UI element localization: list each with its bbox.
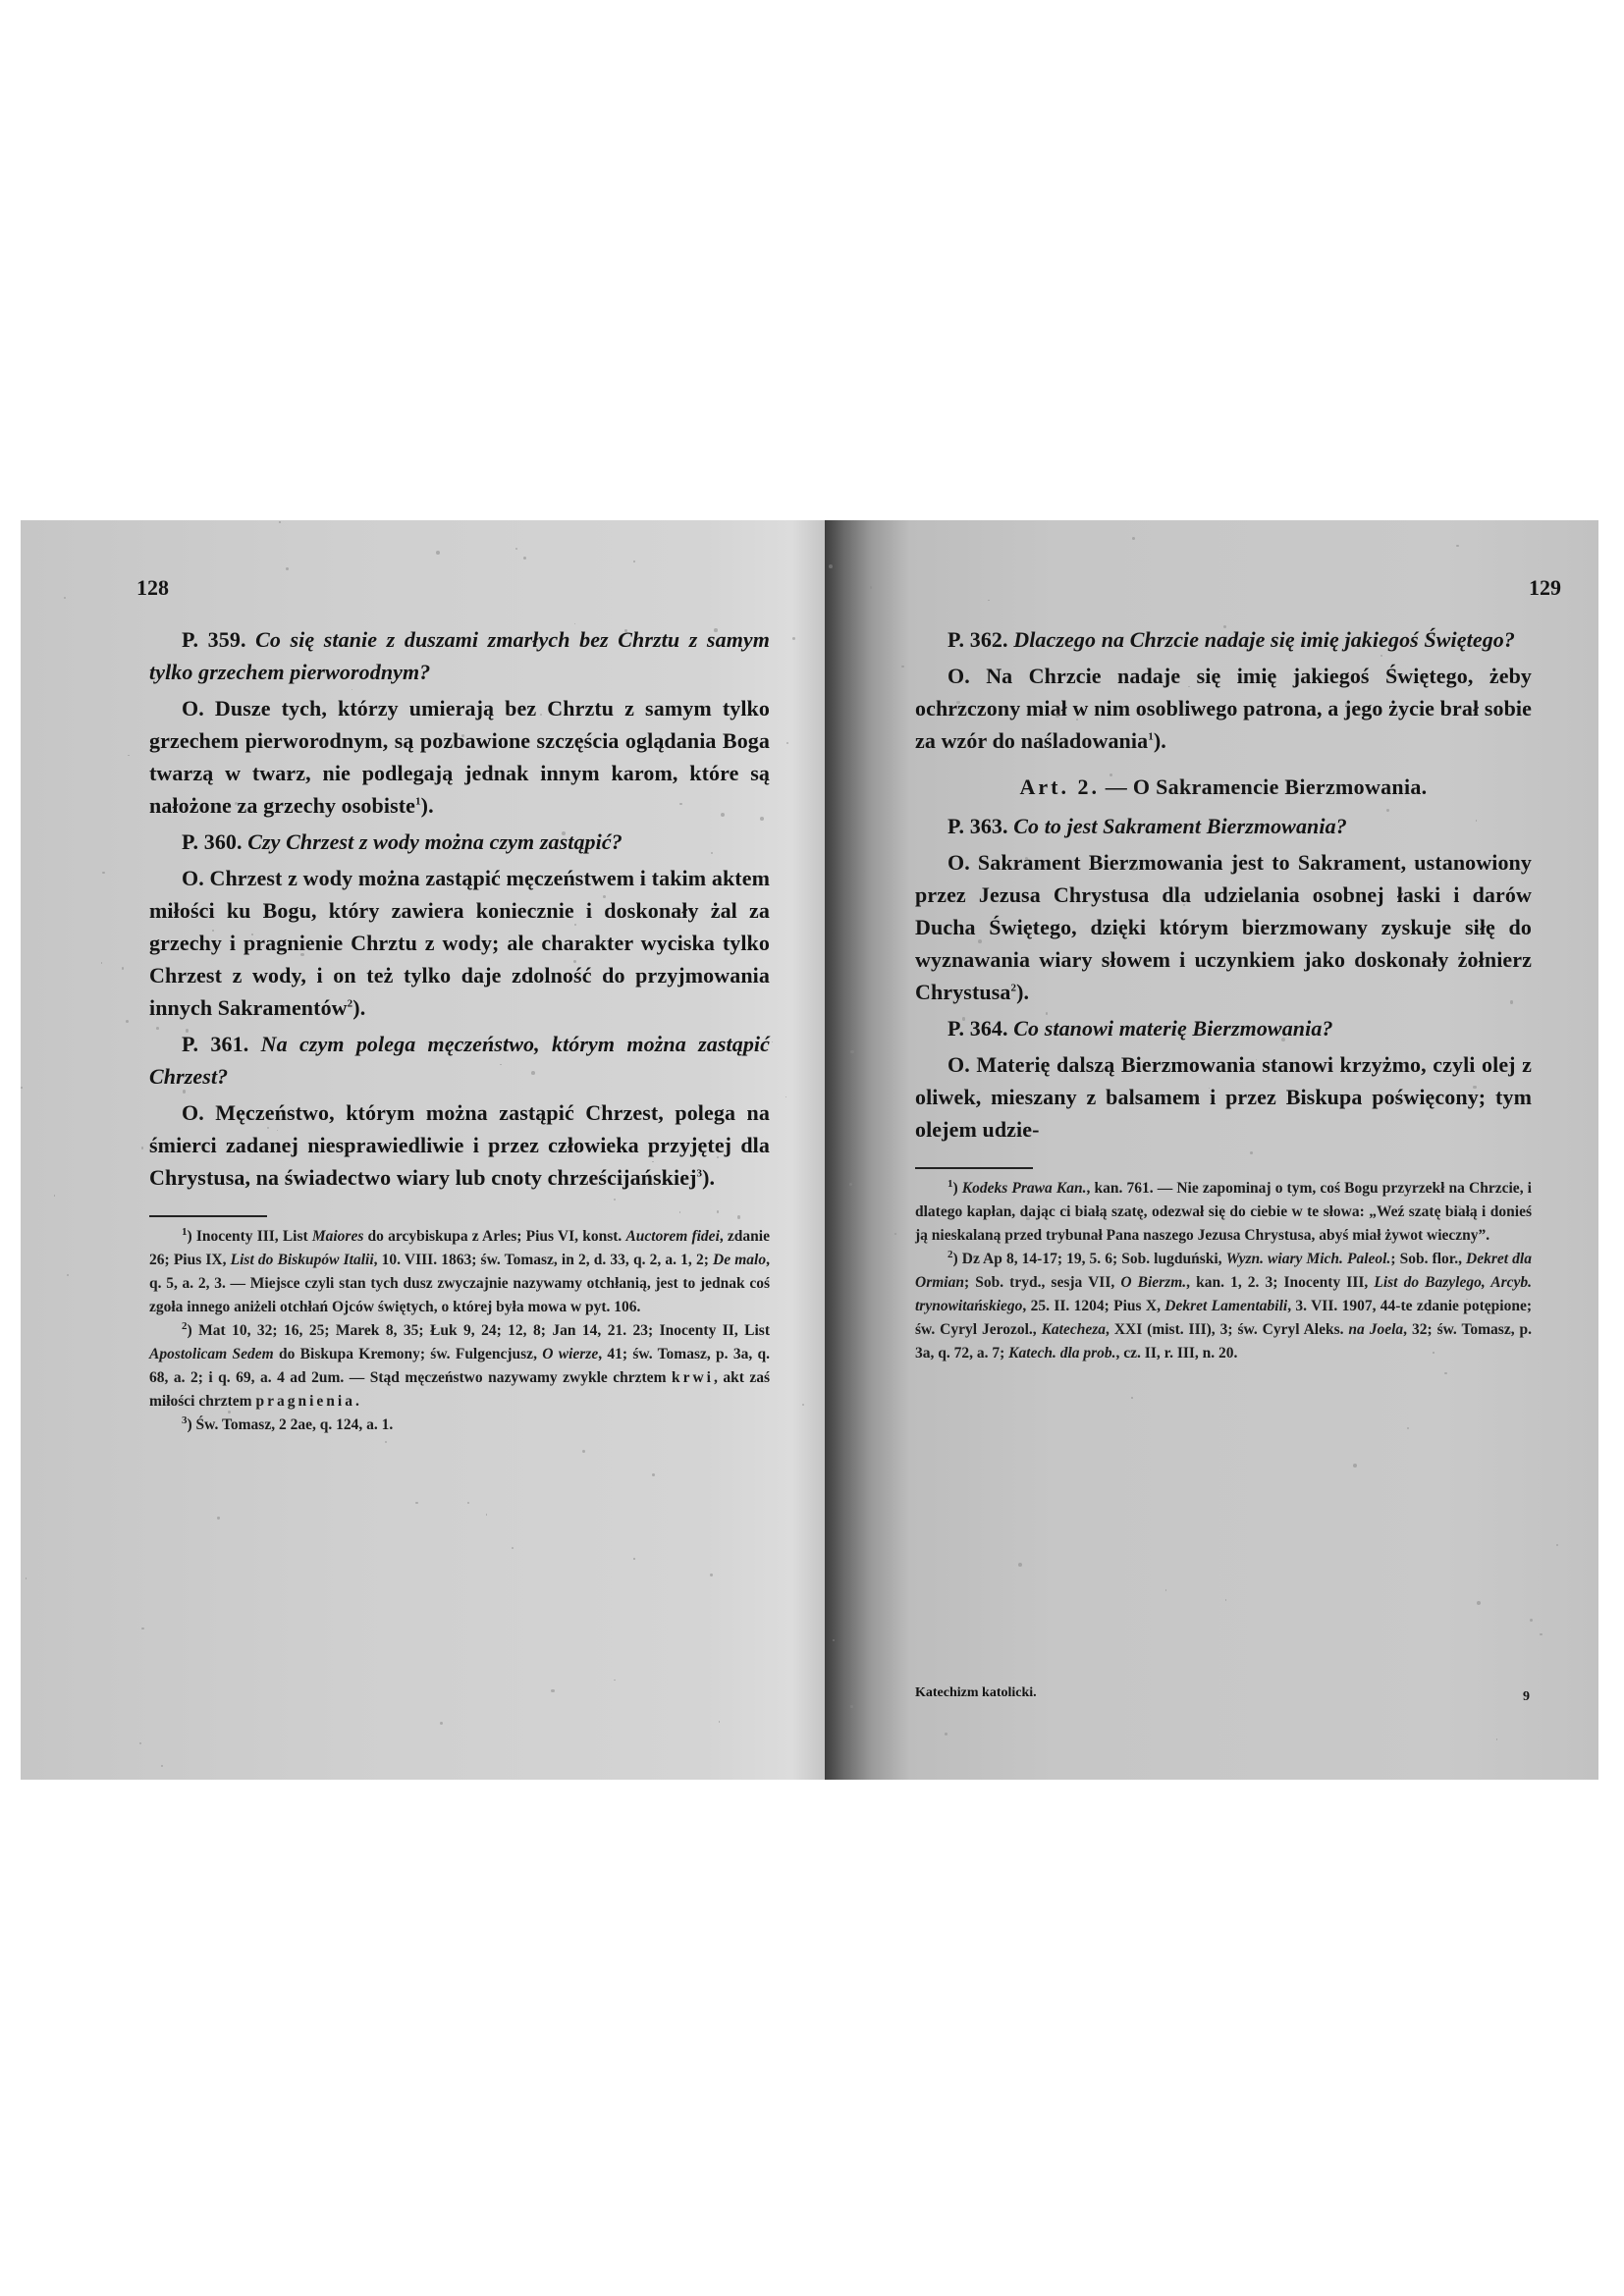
scan-speck — [385, 1441, 387, 1443]
footnote-paren: ) — [953, 1251, 962, 1267]
article-title: O Sakramencie Bierzmowania. — [1133, 774, 1428, 799]
footnote: 1) Kodeks Prawa Kan., kan. 761. — Nie za… — [915, 1177, 1532, 1248]
answer: O. Chrzest z wody można zastąpić męczeńs… — [149, 862, 770, 1024]
footnotes: 1) Kodeks Prawa Kan., kan. 761. — Nie za… — [915, 1177, 1532, 1365]
footnote-text: , kan. 1, 2. 3; Inocenty III, — [1186, 1274, 1374, 1291]
footnote-text: Katecheza — [1042, 1321, 1106, 1338]
footnote-text: List do Biskupów Italii — [231, 1252, 374, 1268]
answer-text: O. Męczeństwo, którym można zastąpić Chr… — [149, 1100, 770, 1190]
scan-speck — [64, 597, 66, 599]
scan-speck — [1132, 537, 1135, 540]
scan-speck — [850, 1705, 853, 1708]
footnote-text: Auctorem fidei — [625, 1228, 719, 1245]
scan-speck — [531, 1071, 535, 1075]
scan-speck — [586, 1256, 587, 1257]
scan-speck — [714, 628, 718, 632]
question: P. 362. Dlaczego na Chrzcie nadaje się i… — [915, 623, 1532, 656]
footnote-text: Wyzn. wiary Mich. Paleol. — [1226, 1251, 1391, 1267]
scan-speck — [141, 1628, 143, 1629]
scan-speck — [217, 1517, 219, 1519]
scan-speck — [1496, 1738, 1497, 1739]
scan-speck — [424, 1145, 425, 1146]
scan-speck — [849, 1183, 852, 1186]
footnote: 3) Św. Tomasz, 2 2ae, q. 124, a. 1. — [149, 1414, 770, 1437]
scan-speck — [956, 701, 960, 705]
footnote-text: , XXI (mist. III), 3; św. Cyryl Aleks. — [1106, 1321, 1348, 1338]
footnote-paren: ) — [188, 1416, 196, 1433]
right-page-body: P. 362. Dlaczego na Chrzcie nadaje się i… — [915, 623, 1532, 1365]
scan-speck — [633, 1558, 634, 1559]
question-number: P. 360. — [182, 829, 247, 854]
qa-entries: P. 362. Dlaczego na Chrzcie nadaje się i… — [915, 623, 1532, 757]
footnote: 2) Dz Ap 8, 14-17; 19, 5. 6; Sob. lugduń… — [915, 1248, 1532, 1365]
scan-speck — [1256, 1059, 1257, 1060]
scan-speck — [901, 666, 903, 667]
footnote-text: , cz. II, r. III, n. 20. — [1116, 1345, 1238, 1362]
qa-entries: P. 363. Co to jest Sakrament Bierzmowani… — [915, 810, 1532, 1146]
scan-speck — [1132, 868, 1135, 871]
answer: O. Dusze tych, którzy umierają bez Chrzt… — [149, 692, 770, 822]
footnote-rule — [915, 1167, 1033, 1169]
question-number: P. 362. — [947, 627, 1013, 652]
scan-speck — [1025, 857, 1028, 860]
scan-speck — [737, 1215, 740, 1218]
footnote-text: . — [355, 1393, 359, 1410]
scan-speck — [512, 1547, 514, 1549]
scan-speck — [633, 561, 635, 562]
scan-speck — [500, 1064, 501, 1065]
scan-speck — [1444, 1372, 1446, 1374]
scan-speck — [1091, 1333, 1093, 1335]
answer-text: O. Na Chrzcie nadaje się imię jakiegoś Ś… — [915, 664, 1532, 753]
answer-end: ). — [1154, 728, 1166, 753]
left-page: 128 P. 359. Co się stanie z duszami zmar… — [21, 520, 825, 1780]
scan-speck — [183, 1090, 186, 1093]
article-label: Art. 2. — [1020, 774, 1100, 799]
scan-speck — [679, 803, 681, 805]
scan-speck — [1026, 1217, 1029, 1220]
sheet-mark: 9 — [1523, 1689, 1530, 1705]
question: P. 359. Co się stanie z duszami zmarłych… — [149, 623, 770, 688]
question-text: Dlaczego na Chrzcie nadaje się imię jaki… — [1013, 627, 1515, 652]
scan-speck — [1456, 545, 1459, 548]
footnote-text: , 25. II. 1204; Pius X, — [1022, 1298, 1164, 1314]
scan-speck — [978, 939, 982, 943]
footnote-text: Mat 10, 32; 16, 25; Marek 8, 35; Łuk 9, … — [198, 1322, 770, 1339]
answer-end: ). — [1016, 980, 1029, 1004]
footnote: 1) Inocenty III, List Maiores do arcybis… — [149, 1225, 770, 1319]
scan-speck — [1209, 1088, 1210, 1089]
scan-speck — [721, 813, 725, 817]
answer-end: ). — [421, 793, 434, 818]
footnote-text: krwi — [672, 1369, 714, 1386]
page-number: 128 — [136, 575, 169, 601]
scan-speck — [1076, 719, 1078, 721]
question: P. 363. Co to jest Sakrament Bierzmowani… — [915, 810, 1532, 842]
question-text: Co to jest Sakrament Bierzmowania? — [1013, 814, 1347, 838]
scan-speck — [719, 1721, 720, 1722]
article-heading: Art. 2. — O Sakramencie Bierzmowania. — [915, 774, 1532, 800]
scan-speck — [286, 772, 289, 774]
book-scan: 128 P. 359. Co się stanie z duszami zmar… — [21, 520, 1598, 1780]
scan-speck — [582, 1450, 585, 1453]
scan-speck — [1426, 1235, 1428, 1237]
scan-speck — [562, 831, 566, 835]
question-number: P. 359. — [182, 627, 255, 652]
scan-speck — [624, 629, 627, 632]
right-page: 129 P. 362. Dlaczego na Chrzcie nadaje s… — [825, 520, 1598, 1780]
answer: O. Męczeństwo, którym można zastąpić Chr… — [149, 1096, 770, 1194]
scan-speck — [1466, 1299, 1467, 1300]
scan-speck — [54, 1195, 55, 1196]
question: P. 360. Czy Chrzest z wody można czym za… — [149, 826, 770, 858]
scan-speck — [614, 1680, 615, 1681]
scan-speck — [717, 1156, 719, 1158]
footnote-text: O wierze — [542, 1346, 598, 1362]
footnote-text: Kodeks Prawa Kan. — [962, 1180, 1087, 1197]
footnote-text: Maiores — [312, 1228, 364, 1245]
footnote-text: do arcybiskupa z Arles; Pius VI, konst. — [363, 1228, 625, 1245]
footnote-rule — [149, 1215, 267, 1217]
answer: O. Sakrament Bierzmowania jest to Sakram… — [915, 846, 1532, 1008]
scan-speck — [228, 1411, 231, 1414]
scan-speck — [279, 521, 280, 522]
question-number: P. 364. — [947, 1016, 1013, 1041]
answer-text: O. Chrzest z wody można zastąpić męczeńs… — [149, 866, 770, 1020]
answer-end: ). — [702, 1165, 715, 1190]
answer-text: O. Sakrament Bierzmowania jest to Sakram… — [915, 850, 1532, 1004]
footnote-text: do Biskupa Kremony; św. Fulgencjusz, — [274, 1346, 543, 1362]
footnote-paren: ) — [188, 1228, 196, 1245]
question-number: P. 361. — [182, 1032, 261, 1056]
scan-speck — [1183, 904, 1185, 906]
scan-speck — [1458, 1205, 1461, 1208]
question-text: Czy Chrzest z wody można czym zastąpić? — [247, 829, 623, 854]
footnote-text: Św. Tomasz, 2 2ae, q. 124, a. 1. — [196, 1416, 394, 1433]
answer: O. Materię dalszą Bierzmowania stanowi k… — [915, 1048, 1532, 1146]
scan-speck — [1345, 703, 1348, 706]
footnote-text: , 10. VIII. 1863; św. Tomasz, in 2, d. 3… — [374, 1252, 713, 1268]
scan-speck — [652, 1473, 655, 1476]
scan-speck — [1018, 1563, 1022, 1567]
question: P. 364. Co stanowi materię Bierzmowania? — [915, 1012, 1532, 1044]
scan-speck — [1473, 1086, 1476, 1089]
footnote: 2) Mat 10, 32; 16, 25; Marek 8, 35; Łuk … — [149, 1319, 770, 1414]
footnote-text: pragnienia — [255, 1393, 354, 1410]
article-dash: — — [1106, 774, 1127, 799]
scan-speck — [21, 1087, 23, 1089]
scan-speck — [128, 755, 129, 756]
answer-end: ). — [352, 995, 365, 1020]
answer: O. Na Chrzcie nadaje się imię jakiegoś Ś… — [915, 660, 1532, 757]
question-number: P. 363. — [947, 814, 1013, 838]
scan-speck — [1433, 1352, 1434, 1353]
left-page-body: P. 359. Co się stanie z duszami zmarłych… — [149, 623, 770, 1437]
scan-speck — [352, 689, 352, 690]
footnote-paren: ) — [953, 1180, 962, 1197]
signature-line: Katechizm katolicki. — [915, 1685, 1037, 1701]
scan-speck — [574, 924, 576, 926]
scan-speck — [760, 817, 764, 821]
answer-text: O. Materię dalszą Bierzmowania stanowi k… — [915, 1052, 1532, 1142]
scan-speck — [122, 967, 124, 969]
scan-speck — [436, 551, 440, 555]
footnote-text: Dekret Lamentabili — [1164, 1298, 1287, 1314]
scan-speck — [600, 1107, 601, 1108]
scan-speck — [829, 564, 833, 568]
scan-speck — [1131, 1397, 1132, 1398]
footnote-text: na Joela — [1348, 1321, 1403, 1338]
footnotes: 1) Inocenty III, List Maiores do arcybis… — [149, 1225, 770, 1437]
scan-speck — [251, 934, 252, 934]
scan-speck — [1556, 1544, 1558, 1546]
scan-speck — [212, 930, 214, 932]
footnote-text: Katech. dla prob. — [1008, 1345, 1115, 1362]
footnote-text: ; Sob. tryd., sesja VII, — [964, 1274, 1120, 1291]
scan-speck — [529, 970, 530, 971]
scan-speck — [710, 1574, 712, 1575]
scan-speck — [850, 1050, 854, 1054]
scan-speck — [300, 953, 303, 956]
footnote-text: ; Sob. flor., — [1390, 1251, 1466, 1267]
footnote-text: De malo — [713, 1252, 766, 1268]
footnote-paren: ) — [188, 1322, 199, 1339]
footnote-text: Inocenty III, List — [196, 1228, 312, 1245]
footnote-text: Dz Ap 8, 14-17; 19, 5. 6; Sob. lugduński… — [962, 1251, 1226, 1267]
footnote-text: Apostolicam Sedem — [149, 1346, 274, 1362]
page-number: 129 — [1529, 575, 1561, 601]
scan-speck — [1046, 1012, 1049, 1015]
scan-speck — [235, 802, 238, 805]
answer-text: O. Dusze tych, którzy umierają bez Chrzt… — [149, 696, 770, 818]
scan-speck — [551, 1689, 554, 1692]
scan-speck — [1165, 1589, 1166, 1590]
question-text: Co stanowi materię Bierzmowania? — [1013, 1016, 1332, 1041]
qa-entries: P. 359. Co się stanie z duszami zmarłych… — [149, 623, 770, 1194]
question: P. 361. Na czym polega męczeństwo, który… — [149, 1028, 770, 1093]
footnote-text: O Bierzm. — [1120, 1274, 1186, 1291]
